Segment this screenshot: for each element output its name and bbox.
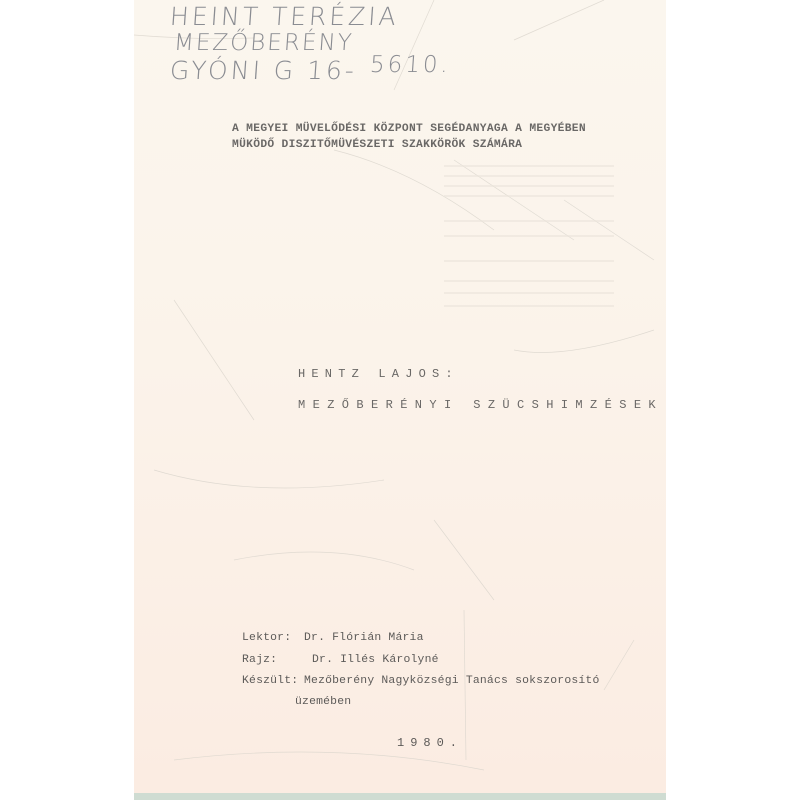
handwritten-place: MEZŐBERÉNY — [173, 30, 354, 56]
credit-value: Dr. Illés Károlyné — [312, 654, 439, 666]
handwritten-owner-name: HEINT TERÉZIA — [169, 2, 400, 31]
credit-label: Rajz: — [242, 654, 312, 666]
header-line-1: A MEGYEI MÜVELŐDÉSI KÖZPONT SEGÉDANYAGA … — [232, 123, 586, 135]
credit-lektor: Lektor:Dr. Flórián Mária — [242, 632, 424, 644]
handwritten-address: GYÓNI G 16- — [169, 56, 358, 85]
credit-label: Lektor: — [242, 632, 304, 644]
credit-value: Dr. Flórián Mária — [304, 632, 424, 644]
credit-value: Mezőberény Nagyközségi Tanács sokszorosí… — [304, 675, 600, 687]
author-name: HENTZ LAJOS: — [298, 367, 459, 381]
credit-label: Készült: — [242, 675, 304, 687]
document-title: MEZŐBERÉNYI SZÜCSHIMZÉSEK — [298, 398, 663, 412]
header-line-2: MÜKÖDŐ DISZITŐMÜVÉSZETI SZAKKÖRÖK SZÁMÁR… — [232, 139, 522, 151]
credit-rajz: Rajz:Dr. Illés Károlyné — [242, 654, 439, 666]
document-page: HEINT TERÉZIA MEZŐBERÉNY GYÓNI G 16- 561… — [134, 0, 666, 793]
credit-keszult-continuation: üzemében — [295, 696, 351, 708]
scan-bottom-edge — [134, 793, 666, 800]
credit-keszult: Készült:Mezőberény Nagyközségi Tanács so… — [242, 675, 600, 687]
scanned-page-view: HEINT TERÉZIA MEZŐBERÉNY GYÓNI G 16- 561… — [0, 0, 800, 800]
handwritten-number: 5610. — [369, 52, 452, 78]
publication-year: 1980. — [397, 736, 463, 750]
